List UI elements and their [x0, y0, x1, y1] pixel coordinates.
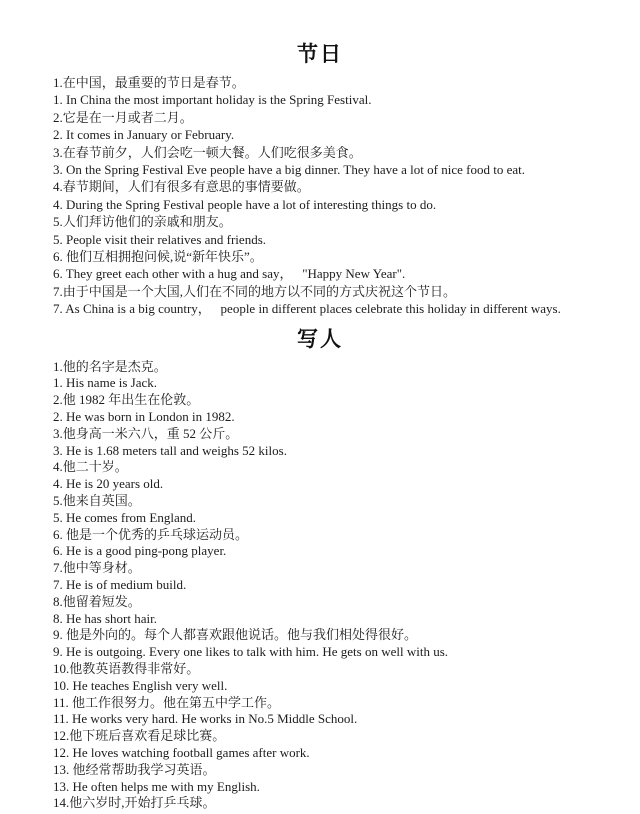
text-line: 2. It comes in January or February. — [53, 126, 610, 143]
text-line: 2. He was born in London in 1982. — [53, 409, 610, 426]
text-line: 14.他六岁时,开始打乒乓球。 — [53, 795, 610, 812]
text-line: 4.他二十岁。 — [53, 459, 610, 476]
text-line: 7.由于中国是一个大国,人们在不同的地方以不同的方式庆祝这个节日。 — [53, 283, 610, 300]
text-line: 4. He is 20 years old. — [53, 476, 610, 493]
text-line: 5. People visit their relatives and frie… — [53, 231, 610, 248]
text-line: 5.他来自英国。 — [53, 493, 610, 510]
text-line: 3.在春节前夕，人们会吃一顿大餐。人们吃很多美食。 — [53, 144, 610, 161]
text-line: 12.他下班后喜欢看足球比赛。 — [53, 728, 610, 745]
text-line: 3. On the Spring Festival Eve people hav… — [53, 161, 610, 178]
text-line: 1.在中国，最重要的节日是春节。 — [53, 74, 610, 91]
document-page: 节日 1.在中国，最重要的节日是春节。1. In China the most … — [0, 0, 640, 814]
text-line: 6. He is a good ping-pong player. — [53, 543, 610, 560]
text-line: 5. He comes from England. — [53, 510, 610, 527]
text-line: 8. He has short hair. — [53, 611, 610, 628]
text-line: 12. He loves watching football games aft… — [53, 745, 610, 762]
text-line: 4. During the Spring Festival people hav… — [53, 196, 610, 213]
text-line: 7.他中等身材。 — [53, 560, 610, 577]
document-section: 节日 1.在中国，最重要的节日是春节。1. In China the most … — [53, 42, 610, 318]
section-lines: 1.在中国，最重要的节日是春节。1. In China the most imp… — [53, 74, 610, 318]
section-title: 写人 — [0, 327, 640, 351]
text-line: 9. 他是外向的。每个人都喜欢跟他说话。他与我们相处得很好。 — [53, 627, 610, 644]
text-line: 2.他 1982 年出生在伦敦。 — [53, 392, 610, 409]
text-line: 10. He teaches English very well. — [53, 678, 610, 695]
text-line: 6. 他们互相拥抱问候,说“新年快乐”。 — [53, 248, 610, 265]
text-line: 8.他留着短发。 — [53, 594, 610, 611]
text-line: 1. In China the most important holiday i… — [53, 91, 610, 108]
text-line: 13. 他经常帮助我学习英语。 — [53, 762, 610, 779]
text-line: 5.人们拜访他们的亲戚和朋友。 — [53, 213, 610, 230]
text-line: 6. They greet each other with a hug and … — [53, 265, 610, 282]
text-line: 2.它是在一月或者二月。 — [53, 109, 610, 126]
text-line: 11. He works very hard. He works in No.5… — [53, 711, 610, 728]
text-line: 1. His name is Jack. — [53, 375, 610, 392]
text-line: 7. He is of medium build. — [53, 577, 610, 594]
text-line: 4.春节期间，人们有很多有意思的事情要做。 — [53, 178, 610, 195]
text-line: 13. He often helps me with my English. — [53, 779, 610, 796]
section-lines: 1.他的名字是杰克。1. His name is Jack.2.他 1982 年… — [53, 359, 610, 813]
document-sections: 节日 1.在中国，最重要的节日是春节。1. In China the most … — [53, 42, 610, 812]
text-line: 1.他的名字是杰克。 — [53, 359, 610, 376]
text-line: 11. 他工作很努力。他在第五中学工作。 — [53, 695, 610, 712]
text-line: 9. He is outgoing. Every one likes to ta… — [53, 644, 610, 661]
text-line: 7. As China is a big country， people in … — [53, 300, 610, 317]
document-section: 写人 1.他的名字是杰克。1. His name is Jack.2.他 198… — [53, 327, 610, 813]
text-line: 6. 他是一个优秀的乒乓球运动员。 — [53, 527, 610, 544]
section-title: 节日 — [0, 42, 640, 66]
text-line: 10.他教英语教得非常好。 — [53, 661, 610, 678]
text-line: 3.他身高一米六八，重 52 公斤。 — [53, 426, 610, 443]
text-line: 3. He is 1.68 meters tall and weighs 52 … — [53, 443, 610, 460]
